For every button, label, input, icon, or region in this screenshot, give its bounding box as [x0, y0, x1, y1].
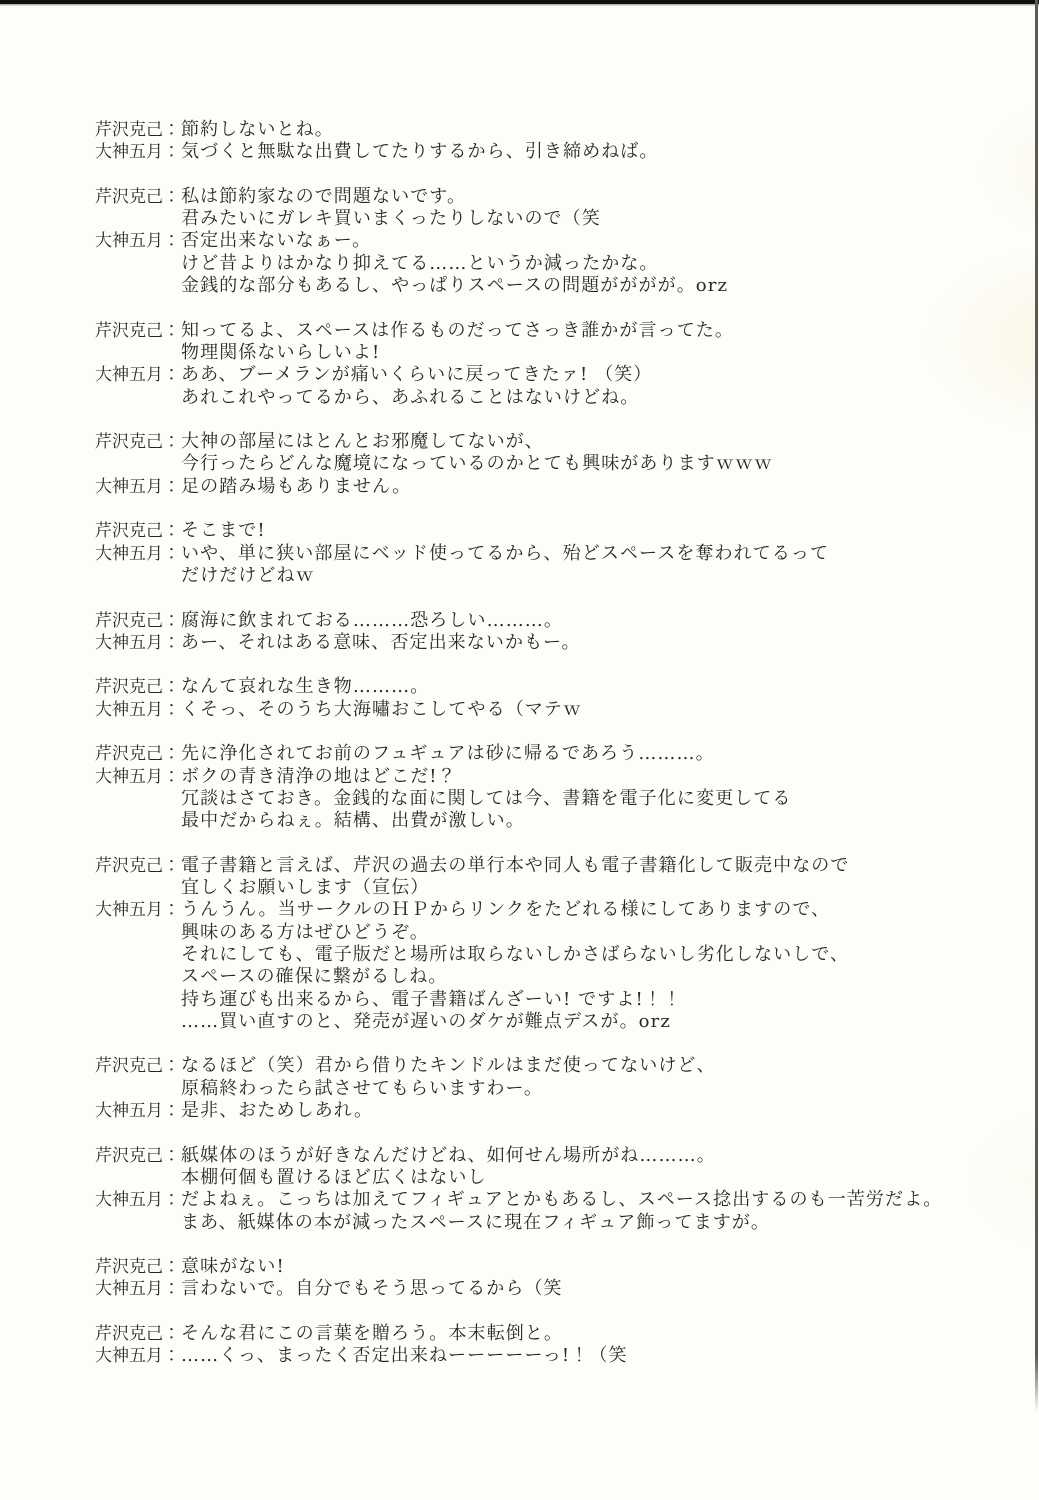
- dialogue-turn: 芹沢克己：電子書籍と言えば、芹沢の過去の単行本や同人も電子書籍化して販売中なので…: [95, 855, 1000, 900]
- speech-lines: 言わないで。自分でもそう思ってるから（笑: [181, 1278, 1000, 1300]
- dialogue-block: 芹沢克己：私は節約家なので問題ないです。君みたいにガレキ買いまくったりしないので…: [95, 186, 1000, 297]
- speech-line: 足の踏み場もありません。: [181, 476, 1000, 498]
- speech-line: いや、単に狭い部屋にベッド使ってるから、殆どスペースを奪われてるって: [181, 543, 1000, 565]
- speech-line: 原稿終わったら試させてもらいますわー。: [181, 1078, 1000, 1100]
- speaker-name: 芹沢克己：: [95, 186, 181, 208]
- speech-lines: 大神の部屋にはとんとお邪魔してないが、今行ったらどんな魔境になっているのかとても…: [181, 431, 1000, 476]
- dialogue-block: 芹沢克己：大神の部屋にはとんとお邪魔してないが、今行ったらどんな魔境になっている…: [95, 431, 1000, 498]
- dialogue-turn: 大神五月：否定出来ないなぁー。けど昔よりはかなり抑えてる……というか減ったかな。…: [95, 230, 1000, 297]
- dialogue-turn: 大神五月：ああ、ブーメランが痛いくらいに戻ってきたァ! （笑）あれこれやってるか…: [95, 364, 1000, 409]
- dialogue-turn: 大神五月：ボクの青き清浄の地はどこだ!？冗談はさておき。金銭的な面に関しては今、…: [95, 766, 1000, 833]
- speech-line: 知ってるよ、スペースは作るものだってさっき誰かが言ってた。: [181, 320, 1000, 342]
- dialogue-turn: 芹沢克己：私は節約家なので問題ないです。君みたいにガレキ買いまくったりしないので…: [95, 186, 1000, 231]
- speaker-name: 芹沢克己：: [95, 431, 181, 453]
- speech-line: 言わないで。自分でもそう思ってるから（笑: [181, 1278, 1000, 1300]
- speech-line: 宜しくお願いします（宣伝）: [181, 877, 1000, 899]
- speech-line: だけだけどねｗ: [181, 565, 1000, 587]
- speaker-name: 大神五月：: [95, 364, 181, 386]
- speech-lines: 腐海に飲まれておる………恐ろしい………。: [181, 610, 1000, 632]
- speech-line: 腐海に飲まれておる………恐ろしい………。: [181, 610, 1000, 632]
- speech-line: 物理関係ないらしいよ!: [181, 342, 1000, 364]
- speaker-name: 芹沢克己：: [95, 743, 181, 765]
- dialogue-block: 芹沢克己：節約しないとね。大神五月：気づくと無駄な出費してたりするから、引き締め…: [95, 119, 1000, 164]
- speech-line: 持ち運びも出来るから、電子書籍ばんざーい! ですよ!！！: [181, 989, 1000, 1011]
- speech-lines: 電子書籍と言えば、芹沢の過去の単行本や同人も電子書籍化して販売中なので宜しくお願…: [181, 855, 1000, 900]
- speaker-name: 芹沢克己：: [95, 610, 181, 632]
- speech-lines: 節約しないとね。: [181, 119, 1000, 141]
- dialogue-turn: 大神五月：だよねぇ。こっちは加えてフィギュアとかもあるし、スペース捻出するのも一…: [95, 1189, 1000, 1234]
- speaker-name: 大神五月：: [95, 699, 181, 721]
- speech-line: 私は節約家なので問題ないです。: [181, 186, 1000, 208]
- speaker-name: 大神五月：: [95, 543, 181, 565]
- speech-lines: 気づくと無駄な出費してたりするから、引き締めねば。: [181, 141, 1000, 163]
- speaker-name: 芹沢克己：: [95, 1256, 181, 1278]
- speech-line: 意味がない!: [181, 1256, 1000, 1278]
- speech-line: うんうん。当サークルのＨＰからリンクをたどれる様にしてありますので、: [181, 899, 1000, 921]
- dialogue-turn: 大神五月：足の踏み場もありません。: [95, 476, 1000, 498]
- speech-lines: 先に浄化されてお前のフュギュアは砂に帰るであろう………。: [181, 743, 1000, 765]
- speech-lines: 是非、おためしあれ。: [181, 1100, 1000, 1122]
- dialogue-block: 芹沢克己：そんな君にこの言葉を贈ろう。本末転倒と。大神五月：……くっ、まったく否…: [95, 1323, 1000, 1368]
- speaker-name: 大神五月：: [95, 766, 181, 788]
- speech-line: けど昔よりはかなり抑えてる……というか減ったかな。: [181, 253, 1000, 275]
- speech-line: あれこれやってるから、あふれることはないけどね。: [181, 387, 1000, 409]
- dialogue-turn: 芹沢克己：そんな君にこの言葉を贈ろう。本末転倒と。: [95, 1323, 1000, 1345]
- speech-line: なるほど（笑）君から借りたキンドルはまだ使ってないけど、: [181, 1055, 1000, 1077]
- speaker-name: 大神五月：: [95, 1345, 181, 1367]
- dialogue-block: 芹沢克己：なるほど（笑）君から借りたキンドルはまだ使ってないけど、原稿終わったら…: [95, 1055, 1000, 1122]
- speech-lines: そこまで!: [181, 520, 1000, 542]
- speaker-name: 芹沢克己：: [95, 119, 181, 141]
- dialogue-turn: 大神五月：あー、それはある意味、否定出来ないかもー。: [95, 632, 1000, 654]
- speaker-name: 大神五月：: [95, 1189, 181, 1211]
- speech-lines: うんうん。当サークルのＨＰからリンクをたどれる様にしてありますので、興味のある方…: [181, 899, 1000, 1033]
- speaker-name: 芹沢克己：: [95, 1055, 181, 1077]
- speech-line: 先に浄化されてお前のフュギュアは砂に帰るであろう………。: [181, 743, 1000, 765]
- scan-edge-right: [1035, 0, 1038, 1412]
- dialogue-turn: 芹沢克己：節約しないとね。: [95, 119, 1000, 141]
- speech-line: 最中だからねぇ。結構、出費が激しい。: [181, 810, 1000, 832]
- dialogue-turn: 芹沢克己：紙媒体のほうが好きなんだけどね、如何せん場所がね………。本棚何個も置け…: [95, 1145, 1000, 1190]
- speech-lines: 足の踏み場もありません。: [181, 476, 1000, 498]
- speech-line: 君みたいにガレキ買いまくったりしないので（笑: [181, 208, 1000, 230]
- speech-lines: 私は節約家なので問題ないです。君みたいにガレキ買いまくったりしないので（笑: [181, 186, 1000, 231]
- dialogue-turn: 芹沢克己：知ってるよ、スペースは作るものだってさっき誰かが言ってた。物理関係ない…: [95, 320, 1000, 365]
- dialogue-block: 芹沢克己：電子書籍と言えば、芹沢の過去の単行本や同人も電子書籍化して販売中なので…: [95, 855, 1000, 1033]
- dialogue-turn: 大神五月：うんうん。当サークルのＨＰからリンクをたどれる様にしてありますので、興…: [95, 899, 1000, 1033]
- speaker-name: 大神五月：: [95, 141, 181, 163]
- speaker-name: 芹沢克己：: [95, 520, 181, 542]
- dialogue-turn: 芹沢克己：なるほど（笑）君から借りたキンドルはまだ使ってないけど、原稿終わったら…: [95, 1055, 1000, 1100]
- dialogue-block: 芹沢克己：腐海に飲まれておる………恐ろしい………。大神五月：あー、それはある意味…: [95, 610, 1000, 655]
- speech-lines: 知ってるよ、スペースは作るものだってさっき誰かが言ってた。物理関係ないらしいよ!: [181, 320, 1000, 365]
- dialogue-block: 芹沢克己：先に浄化されてお前のフュギュアは砂に帰るであろう………。大神五月：ボク…: [95, 743, 1000, 832]
- speech-line: 冗談はさておき。金銭的な面に関しては今、書籍を電子化に変更してる: [181, 788, 1000, 810]
- speaker-name: 芹沢克己：: [95, 676, 181, 698]
- dialogue-block: 芹沢克己：紙媒体のほうが好きなんだけどね、如何せん場所がね………。本棚何個も置け…: [95, 1145, 1000, 1234]
- speech-line: スペースの確保に繋がるしね。: [181, 966, 1000, 988]
- speaker-name: 大神五月：: [95, 1100, 181, 1122]
- speech-lines: 否定出来ないなぁー。けど昔よりはかなり抑えてる……というか減ったかな。金銭的な部…: [181, 230, 1000, 297]
- speech-line: 興味のある方はぜひどうぞ。: [181, 922, 1000, 944]
- dialogue-block: 芹沢克己：なんて哀れな生き物………。大神五月：くそっ、そのうち大海嘯おこしてやる…: [95, 676, 1000, 721]
- dialogue-turn: 大神五月：是非、おためしあれ。: [95, 1100, 1000, 1122]
- speech-line: 紙媒体のほうが好きなんだけどね、如何せん場所がね………。: [181, 1145, 1000, 1167]
- speech-line: 今行ったらどんな魔境になっているのかとても興味がありますｗｗｗ: [181, 453, 1000, 475]
- dialogue-block: 芹沢克己：知ってるよ、スペースは作るものだってさっき誰かが言ってた。物理関係ない…: [95, 320, 1000, 409]
- speech-lines: なんて哀れな生き物………。: [181, 676, 1000, 698]
- speech-line: なんて哀れな生き物………。: [181, 676, 1000, 698]
- dialogue-turn: 芹沢克己：腐海に飲まれておる………恐ろしい………。: [95, 610, 1000, 632]
- speaker-name: 芹沢克己：: [95, 1145, 181, 1167]
- speech-line: 是非、おためしあれ。: [181, 1100, 1000, 1122]
- speech-lines: そんな君にこの言葉を贈ろう。本末転倒と。: [181, 1323, 1000, 1345]
- dialogue-turn: 大神五月：……くっ、まったく否定出来ねーーーーーっ!！（笑: [95, 1345, 1000, 1367]
- speech-line: 大神の部屋にはとんとお邪魔してないが、: [181, 431, 1000, 453]
- speech-line: そんな君にこの言葉を贈ろう。本末転倒と。: [181, 1323, 1000, 1345]
- speech-line: 電子書籍と言えば、芹沢の過去の単行本や同人も電子書籍化して販売中なので: [181, 855, 1000, 877]
- dialogue-turn: 大神五月：いや、単に狭い部屋にベッド使ってるから、殆どスペースを奪われてるってだ…: [95, 543, 1000, 588]
- speech-line: 金銭的な部分もあるし、やっぱりスペースの問題がががが。orz: [181, 275, 1000, 297]
- dialogue-turn: 芹沢克己：なんて哀れな生き物………。: [95, 676, 1000, 698]
- speech-line: ……買い直すのと、発売が遅いのダケが難点デスが。orz: [181, 1011, 1000, 1033]
- speech-line: だよねぇ。こっちは加えてフィギュアとかもあるし、スペース捻出するのも一苦労だよ。: [181, 1189, 1000, 1211]
- scan-edge-top: [0, 0, 1039, 6]
- speech-line: ボクの青き清浄の地はどこだ!？: [181, 766, 1000, 788]
- speech-line: そこまで!: [181, 520, 1000, 542]
- speech-line: ああ、ブーメランが痛いくらいに戻ってきたァ! （笑）: [181, 364, 1000, 386]
- speaker-name: 大神五月：: [95, 230, 181, 252]
- speech-lines: ああ、ブーメランが痛いくらいに戻ってきたァ! （笑）あれこれやってるから、あふれ…: [181, 364, 1000, 409]
- speaker-name: 芹沢克己：: [95, 1323, 181, 1345]
- dialogue-transcript: 芹沢克己：節約しないとね。大神五月：気づくと無駄な出費してたりするから、引き締め…: [95, 119, 1000, 1390]
- speech-lines: ボクの青き清浄の地はどこだ!？冗談はさておき。金銭的な面に関しては今、書籍を電子…: [181, 766, 1000, 833]
- speech-line: 節約しないとね。: [181, 119, 1000, 141]
- speech-line: それにしても、電子版だと場所は取らないしかさばらないし劣化しないしで、: [181, 944, 1000, 966]
- dialogue-block: 芹沢克己：意味がない!大神五月：言わないで。自分でもそう思ってるから（笑: [95, 1256, 1000, 1301]
- dialogue-turn: 大神五月：言わないで。自分でもそう思ってるから（笑: [95, 1278, 1000, 1300]
- speech-lines: なるほど（笑）君から借りたキンドルはまだ使ってないけど、原稿終わったら試させても…: [181, 1055, 1000, 1100]
- speaker-name: 大神五月：: [95, 1278, 181, 1300]
- dialogue-turn: 大神五月：くそっ、そのうち大海嘯おこしてやる（マテｗ: [95, 699, 1000, 721]
- speech-lines: だよねぇ。こっちは加えてフィギュアとかもあるし、スペース捻出するのも一苦労だよ。…: [181, 1189, 1000, 1234]
- dialogue-turn: 大神五月：気づくと無駄な出費してたりするから、引き締めねば。: [95, 141, 1000, 163]
- speech-line: ……くっ、まったく否定出来ねーーーーーっ!！（笑: [181, 1345, 1000, 1367]
- dialogue-turn: 芹沢克己：先に浄化されてお前のフュギュアは砂に帰るであろう………。: [95, 743, 1000, 765]
- speech-line: まあ、紙媒体の本が減ったスペースに現在フィギュア飾ってますが。: [181, 1212, 1000, 1234]
- speaker-name: 大神五月：: [95, 476, 181, 498]
- scanned-page: 芹沢克己：節約しないとね。大神五月：気づくと無駄な出費してたりするから、引き締め…: [0, 0, 1039, 1500]
- speech-lines: 紙媒体のほうが好きなんだけどね、如何せん場所がね………。本棚何個も置けるほど広く…: [181, 1145, 1000, 1190]
- speech-line: 気づくと無駄な出費してたりするから、引き締めねば。: [181, 141, 1000, 163]
- speaker-name: 芹沢克己：: [95, 855, 181, 877]
- speaker-name: 大神五月：: [95, 899, 181, 921]
- dialogue-block: 芹沢克己：そこまで!大神五月：いや、単に狭い部屋にベッド使ってるから、殆どスペー…: [95, 520, 1000, 587]
- speech-lines: あー、それはある意味、否定出来ないかもー。: [181, 632, 1000, 654]
- speech-line: 否定出来ないなぁー。: [181, 230, 1000, 252]
- dialogue-turn: 芹沢克己：そこまで!: [95, 520, 1000, 542]
- speech-line: くそっ、そのうち大海嘯おこしてやる（マテｗ: [181, 699, 1000, 721]
- speech-lines: ……くっ、まったく否定出来ねーーーーーっ!！（笑: [181, 1345, 1000, 1367]
- speech-line: あー、それはある意味、否定出来ないかもー。: [181, 632, 1000, 654]
- speech-line: 本棚何個も置けるほど広くはないし: [181, 1167, 1000, 1189]
- speech-lines: 意味がない!: [181, 1256, 1000, 1278]
- speech-lines: いや、単に狭い部屋にベッド使ってるから、殆どスペースを奪われてるってだけだけどね…: [181, 543, 1000, 588]
- dialogue-turn: 芹沢克己：意味がない!: [95, 1256, 1000, 1278]
- speech-lines: くそっ、そのうち大海嘯おこしてやる（マテｗ: [181, 699, 1000, 721]
- speaker-name: 芹沢克己：: [95, 320, 181, 342]
- speaker-name: 大神五月：: [95, 632, 181, 654]
- dialogue-turn: 芹沢克己：大神の部屋にはとんとお邪魔してないが、今行ったらどんな魔境になっている…: [95, 431, 1000, 476]
